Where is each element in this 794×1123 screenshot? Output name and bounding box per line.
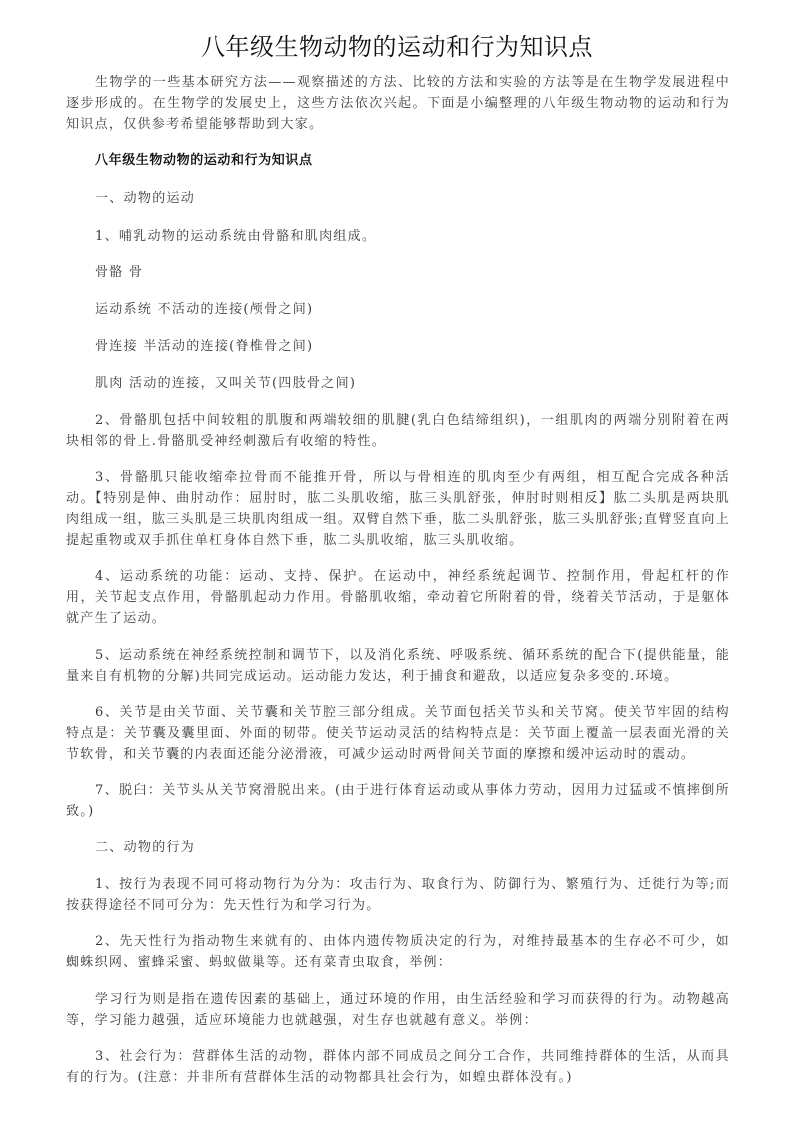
page-title: 八年级生物动物的运动和行为知识点 bbox=[0, 30, 794, 64]
list-item: 2、骨骼肌包括中间较粗的肌腹和两端较细的肌腱(乳白色结缔组织)，一组肌肉的两端分… bbox=[66, 410, 730, 452]
list-item: 肌肉 活动的连接，又叫关节(四肢骨之间) bbox=[66, 373, 730, 394]
subtitle-heading: 八年级生物动物的运动和行为知识点 bbox=[66, 150, 730, 171]
list-item: 1、按行为表现不同可将动物行为分为：攻击行为、取食行为、防御行为、繁殖行为、迁徙… bbox=[66, 874, 730, 916]
list-item: 3、社会行为：营群体生活的动物，群体内部不同成员之间分工合作，共同维持群体的生活… bbox=[66, 1046, 730, 1088]
list-item: 5、运动系统在神经系统控制和调节下，以及消化系统、呼吸系统、循环系统的配合下(提… bbox=[66, 645, 730, 687]
list-item: 3、骨骼肌只能收缩牵拉骨而不能推开骨，所以与骨相连的肌肉至少有两组，相互配合完成… bbox=[66, 467, 730, 551]
intro-paragraph: 生物学的一些基本研究方法——观察描述的方法、比较的方法和实验的方法等是在生物学发… bbox=[66, 72, 730, 135]
section1-heading: 一、动物的运动 bbox=[66, 188, 730, 209]
section2-heading: 二、动物的行为 bbox=[66, 837, 730, 858]
list-item: 1、哺乳动物的运动系统由骨骼和肌肉组成。 bbox=[66, 226, 730, 247]
list-item: 2、先天性行为指动物生来就有的、由体内遗传物质决定的行为，对维持最基本的生存必不… bbox=[66, 931, 730, 973]
list-item: 4、运动系统的功能：运动、支持、保护。在运动中，神经系统起调节、控制作用，骨起杠… bbox=[66, 566, 730, 629]
list-item: 7、脱臼：关节头从关节窝滑脱出来。(由于进行体育运动或从事体力劳动，因用力过猛或… bbox=[66, 780, 730, 822]
list-item: 骨连接 半活动的连接(脊椎骨之间) bbox=[66, 336, 730, 357]
list-item: 运动系统 不活动的连接(颅骨之间) bbox=[66, 299, 730, 320]
list-item: 学习行为则是指在遗传因素的基础上，通过环境的作用，由生活经验和学习而获得的行为。… bbox=[66, 989, 730, 1031]
list-item: 骨骼 骨 bbox=[66, 262, 730, 283]
document-page: 八年级生物动物的运动和行为知识点 生物学的一些基本研究方法——观察描述的方法、比… bbox=[0, 0, 794, 1123]
list-item: 6、关节是由关节面、关节囊和关节腔三部分组成。关节面包括关节头和关节窝。使关节牢… bbox=[66, 702, 730, 765]
